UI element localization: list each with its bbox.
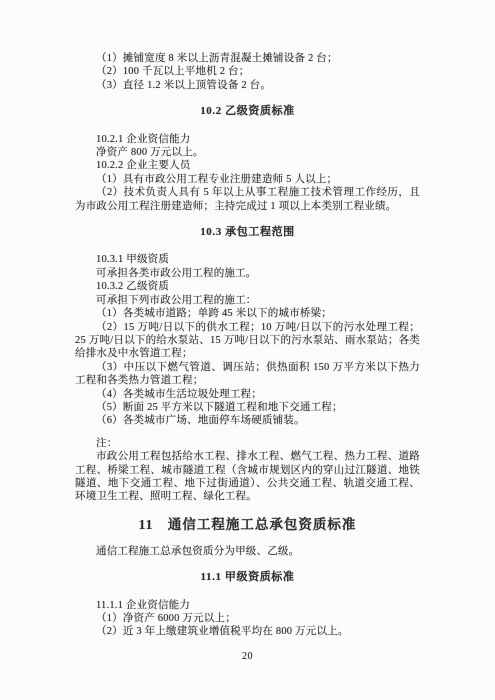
equipment-list-item-1: （1）摊铺宽度 8 米以上沥青混凝土摊铺设备 2 台； [75,52,420,65]
clause-10-2-2-item-1: （1）具有市政公用工程专业注册建造师 5 人以上； [75,173,420,186]
page-number: 20 [0,651,495,662]
clause-10-2-1: 10.2.1 企业资信能力 [75,133,420,146]
section-heading-11-1: 11.1 甲级资质标准 [75,571,420,584]
equipment-list-item-2: （2）100 千瓦以上平地机 2 台； [75,65,420,78]
clause-11-1-1: 11.1.1 企业资信能力 [75,599,420,612]
clause-11-1-1-item-1: （1）净资产 6000 万元以上； [75,612,420,625]
note-text: 市政公用工程包括给水工程、排水工程、燃气工程、热力工程、道路工程、桥梁工程、城市… [75,450,420,504]
clause-10-2-1-body: 净资产 800 万元以上。 [75,146,420,159]
clause-10-3-2-intro: 可承担下列市政公用工程的施工： [75,294,420,307]
note-label: 注： [75,437,420,450]
scope-item-1: （1）各类城市道路；单跨 45 米以下的城市桥梁； [75,307,420,320]
clause-10-2-2-item-2: （2）技术负责人具有 5 年以上从事工程施工技术管理工作经历，且为市政公用工程注… [75,186,420,213]
page-body: （1）摊铺宽度 8 米以上沥青混凝土摊铺设备 2 台； （2）100 千瓦以上平… [75,52,420,639]
section-heading-10-3: 10.3 承包工程范围 [75,226,420,239]
clause-10-3-1-body: 可承担各类市政公用工程的施工。 [75,267,420,280]
scope-item-6: （6）各类城市广场、地面停车场硬质铺装。 [75,414,420,427]
scope-item-4: （4）各类城市生活垃圾处理工程； [75,388,420,401]
scope-item-3: （3）中压以下燃气管道、调压站；供热面积 150 万平方米以下热力工程和各类热力… [75,361,420,388]
chapter-heading-11: 11 通信工程施工总承包资质标准 [75,516,420,534]
clause-10-3-2: 10.3.2 乙级资质 [75,280,420,293]
chapter-11-intro: 通信工程施工总承包资质分为甲级、乙级。 [75,545,420,558]
document-page: （1）摊铺宽度 8 米以上沥青混凝土摊铺设备 2 台； （2）100 千瓦以上平… [0,0,495,700]
clause-11-1-1-item-2: （2）近 3 年上缴建筑业增值税平均在 800 万元以上。 [75,625,420,638]
scope-item-2: （2）15 万吨/日以下的供水工程；10 万吨/日以下的污水处理工程；25 万吨… [75,321,420,361]
equipment-list-item-3: （3）直径 1.2 米以上顶管设备 2 台。 [75,79,420,92]
scope-item-5: （5）断面 25 平方米以下隧道工程和地下交通工程； [75,401,420,414]
clause-10-3-1: 10.3.1 甲级资质 [75,253,420,266]
section-heading-10-2: 10.2 乙级资质标准 [75,105,420,118]
clause-10-2-2: 10.2.2 企业主要人员 [75,159,420,172]
